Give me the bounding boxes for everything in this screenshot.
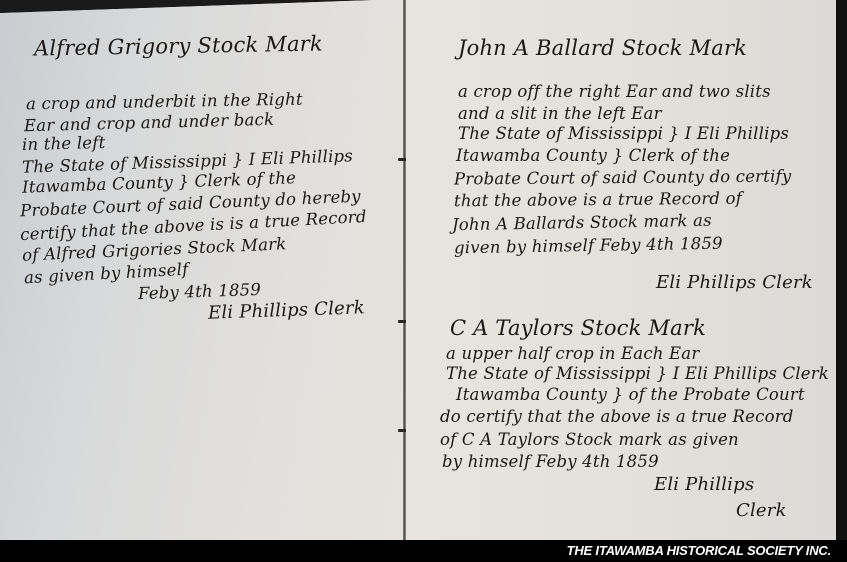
entry-line: Itawamba County } of the Probate Court <box>456 385 805 404</box>
entry-line: and a slit in the left Ear <box>458 104 662 123</box>
entry-line: Ear and crop and under back <box>24 110 275 136</box>
caption-bar: THE ITAWAMBA HISTORICAL SOCIETY INC. <box>0 540 847 562</box>
entry-line: a upper half crop in Each Ear <box>446 344 699 363</box>
entry-line: Itawamba County } Clerk of the <box>456 146 730 165</box>
clerk-signature: Eli Phillips Clerk <box>656 272 813 293</box>
entry-line: a crop off the right Ear and two slits <box>458 82 771 101</box>
entry-line: that the above is a true Record of <box>454 189 742 211</box>
entry-line: The State of Mississippi } I Eli Phillip… <box>458 124 789 143</box>
entry-title-c-a-taylor: C A Taylors Stock Mark <box>450 316 706 340</box>
entry-line: by himself Feby 4th 1859 <box>442 452 659 471</box>
right-page: John A Ballard Stock Mark a crop off the… <box>406 0 836 540</box>
entry-title-alfred-grigory: Alfred Grigory Stock Mark <box>34 31 323 60</box>
entry-date: Feby 4th 1859 <box>138 280 262 303</box>
clerk-signature-name: Eli Phillips <box>654 474 754 495</box>
watermark-caption: THE ITAWAMBA HISTORICAL SOCIETY INC. <box>567 543 831 558</box>
entry-title-john-a-ballard: John A Ballard Stock Mark <box>458 36 747 60</box>
clerk-signature: Eli Phillips Clerk <box>208 297 366 323</box>
entry-line: Probate Court of said County do certify <box>454 167 792 189</box>
entry-line: in the left <box>22 133 106 154</box>
left-page: Alfred Grigory Stock Mark a crop and und… <box>0 0 404 540</box>
open-ledger-book: Alfred Grigory Stock Mark a crop and und… <box>0 0 847 540</box>
book-edge <box>836 0 847 540</box>
entry-line: John A Ballards Stock mark as <box>452 211 712 235</box>
entry-line: do certify that the above is a true Reco… <box>440 407 794 426</box>
entry-line: of C A Taylors Stock mark as given <box>440 430 739 449</box>
entry-line: The State of Mississippi } I Eli Phillip… <box>446 364 829 383</box>
entry-line: given by himself Feby 4th 1859 <box>454 234 723 258</box>
clerk-signature-title: Clerk <box>736 500 787 521</box>
